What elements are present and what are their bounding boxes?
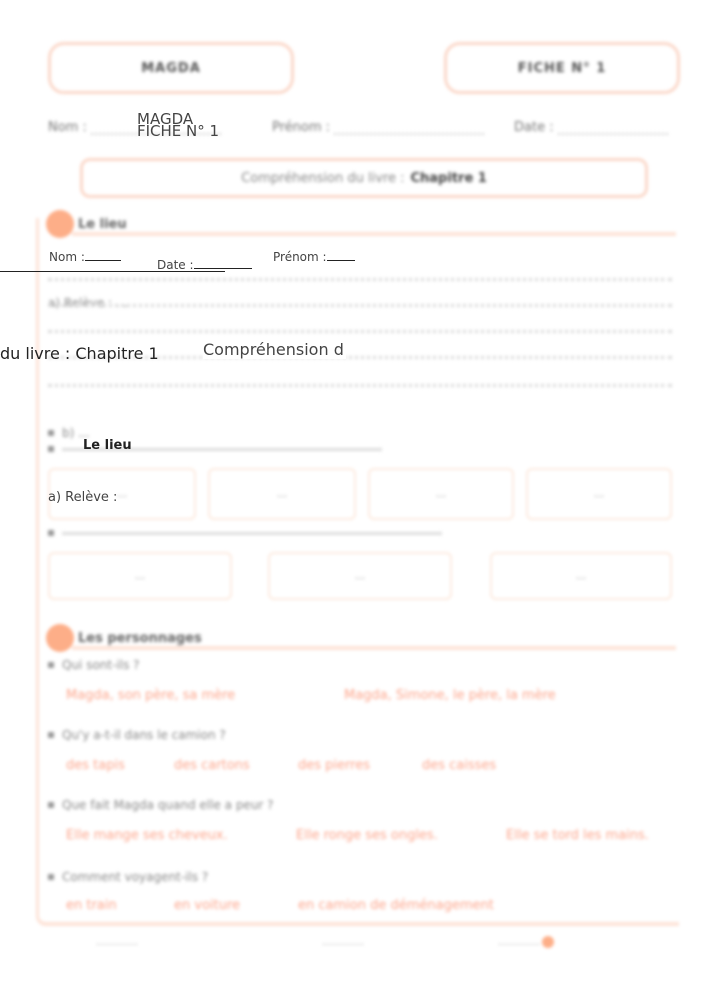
pill-label: MAGDA <box>141 61 201 76</box>
choice-text: ... <box>576 569 587 583</box>
logo-icon <box>542 936 554 948</box>
answer-choice[interactable]: en camion de déménagement <box>298 898 494 913</box>
choice-box[interactable]: ... <box>268 552 452 600</box>
answer-choice[interactable]: des pierres <box>298 758 370 773</box>
overlay-releve: a) Relève : <box>48 490 117 505</box>
prenom-field[interactable]: Prénom : <box>272 120 484 135</box>
question-text: Que fait Magda quand elle a peur ? <box>62 798 274 812</box>
choice-text: ... <box>436 487 447 501</box>
choice-text: ... <box>277 487 288 501</box>
overlay-date: Date : <box>157 258 252 272</box>
question: Comment voyagent-ils ? <box>48 870 208 884</box>
date-field[interactable]: Date : <box>514 120 668 135</box>
choice-box[interactable]: ... <box>368 468 514 520</box>
footer-left: ............ <box>96 935 138 948</box>
writing-line[interactable] <box>48 330 672 333</box>
date-label: Date : <box>514 120 554 135</box>
footer-right-text: ............ <box>498 935 540 948</box>
choice-text: ... <box>135 569 146 583</box>
question <box>48 530 442 536</box>
answer-choice[interactable]: Elle se tord les mains. <box>506 828 649 843</box>
prenom-label: Prénom : <box>272 120 330 135</box>
answer-choice[interactable]: en voiture <box>174 898 240 913</box>
overlay-underline <box>0 271 225 272</box>
overlay-comprehension: Compréhension d <box>203 340 346 359</box>
choice-box[interactable]: ... <box>490 552 672 600</box>
question: Qui sont-ils ? <box>48 658 140 672</box>
section-label: Le lieu <box>78 217 127 232</box>
answer-choice[interactable]: Elle mange ses cheveux. <box>66 828 228 843</box>
section-personnages-heading: Les personnages <box>46 624 676 652</box>
title-prefix: Compréhension du livre : <box>241 171 404 186</box>
section-lieu-heading: Le lieu <box>46 210 676 238</box>
answer-choice[interactable]: Magda, Simone, le père, la mère <box>344 688 556 703</box>
overlay-fiche: FICHE N° 1 <box>137 124 219 139</box>
choice-box[interactable]: ... <box>48 552 232 600</box>
question: Que fait Magda quand elle a peur ? <box>48 798 274 812</box>
question-text: Qu'y a-t-il dans le camion ? <box>62 728 226 742</box>
answer-choice[interactable]: des caisses <box>422 758 496 773</box>
nom-text: Nom : <box>49 250 85 264</box>
question-text: Qui sont-ils ? <box>62 658 140 672</box>
writing-line[interactable] <box>48 304 672 307</box>
pill-label: FICHE N° 1 <box>518 61 607 76</box>
section-bullet-icon <box>46 624 74 652</box>
question: Qu'y a-t-il dans le camion ? <box>48 728 226 742</box>
answer-choice[interactable]: Elle ronge ses ongles. <box>296 828 438 843</box>
section-bullet-icon <box>46 210 74 238</box>
overlay-chapitre: du livre : Chapitre 1 <box>0 344 159 363</box>
choice-text: ... <box>117 487 128 501</box>
overlay-prenom: Prénom : <box>273 250 355 264</box>
header-right-pill: FICHE N° 1 <box>444 42 680 94</box>
header-left-pill: MAGDA <box>48 42 294 94</box>
section-label: Les personnages <box>78 631 202 646</box>
footer-center: ............ <box>322 935 364 948</box>
choice-text: ... <box>355 569 366 583</box>
choice-text: ... <box>594 487 605 501</box>
answer-choice[interactable]: des cartons <box>174 758 250 773</box>
nom-label: Nom : <box>48 120 87 135</box>
question: a) Relève : ... <box>48 296 127 310</box>
title-chapter: Chapitre 1 <box>410 171 486 186</box>
choice-box[interactable]: ... <box>208 468 356 520</box>
footer-right: ............ <box>498 935 554 948</box>
question-text: a) Relève : ... <box>48 296 127 310</box>
answer-choice[interactable]: en train <box>66 898 117 913</box>
overlay-lieu: Le lieu <box>83 438 132 453</box>
worksheet-title: Compréhension du livre : Chapitre 1 <box>80 158 648 198</box>
answer-choice[interactable]: des tapis <box>66 758 125 773</box>
overlay-nom: Nom : <box>49 250 121 264</box>
prenom-text: Prénom : <box>273 250 327 264</box>
date-text: Date : <box>157 258 194 272</box>
question-text: Comment voyagent-ils ? <box>62 870 208 884</box>
writing-line[interactable] <box>48 384 672 387</box>
choice-box[interactable]: ... <box>526 468 672 520</box>
writing-line[interactable] <box>48 278 672 281</box>
answer-choice[interactable]: Magda, son père, sa mère <box>66 688 235 703</box>
